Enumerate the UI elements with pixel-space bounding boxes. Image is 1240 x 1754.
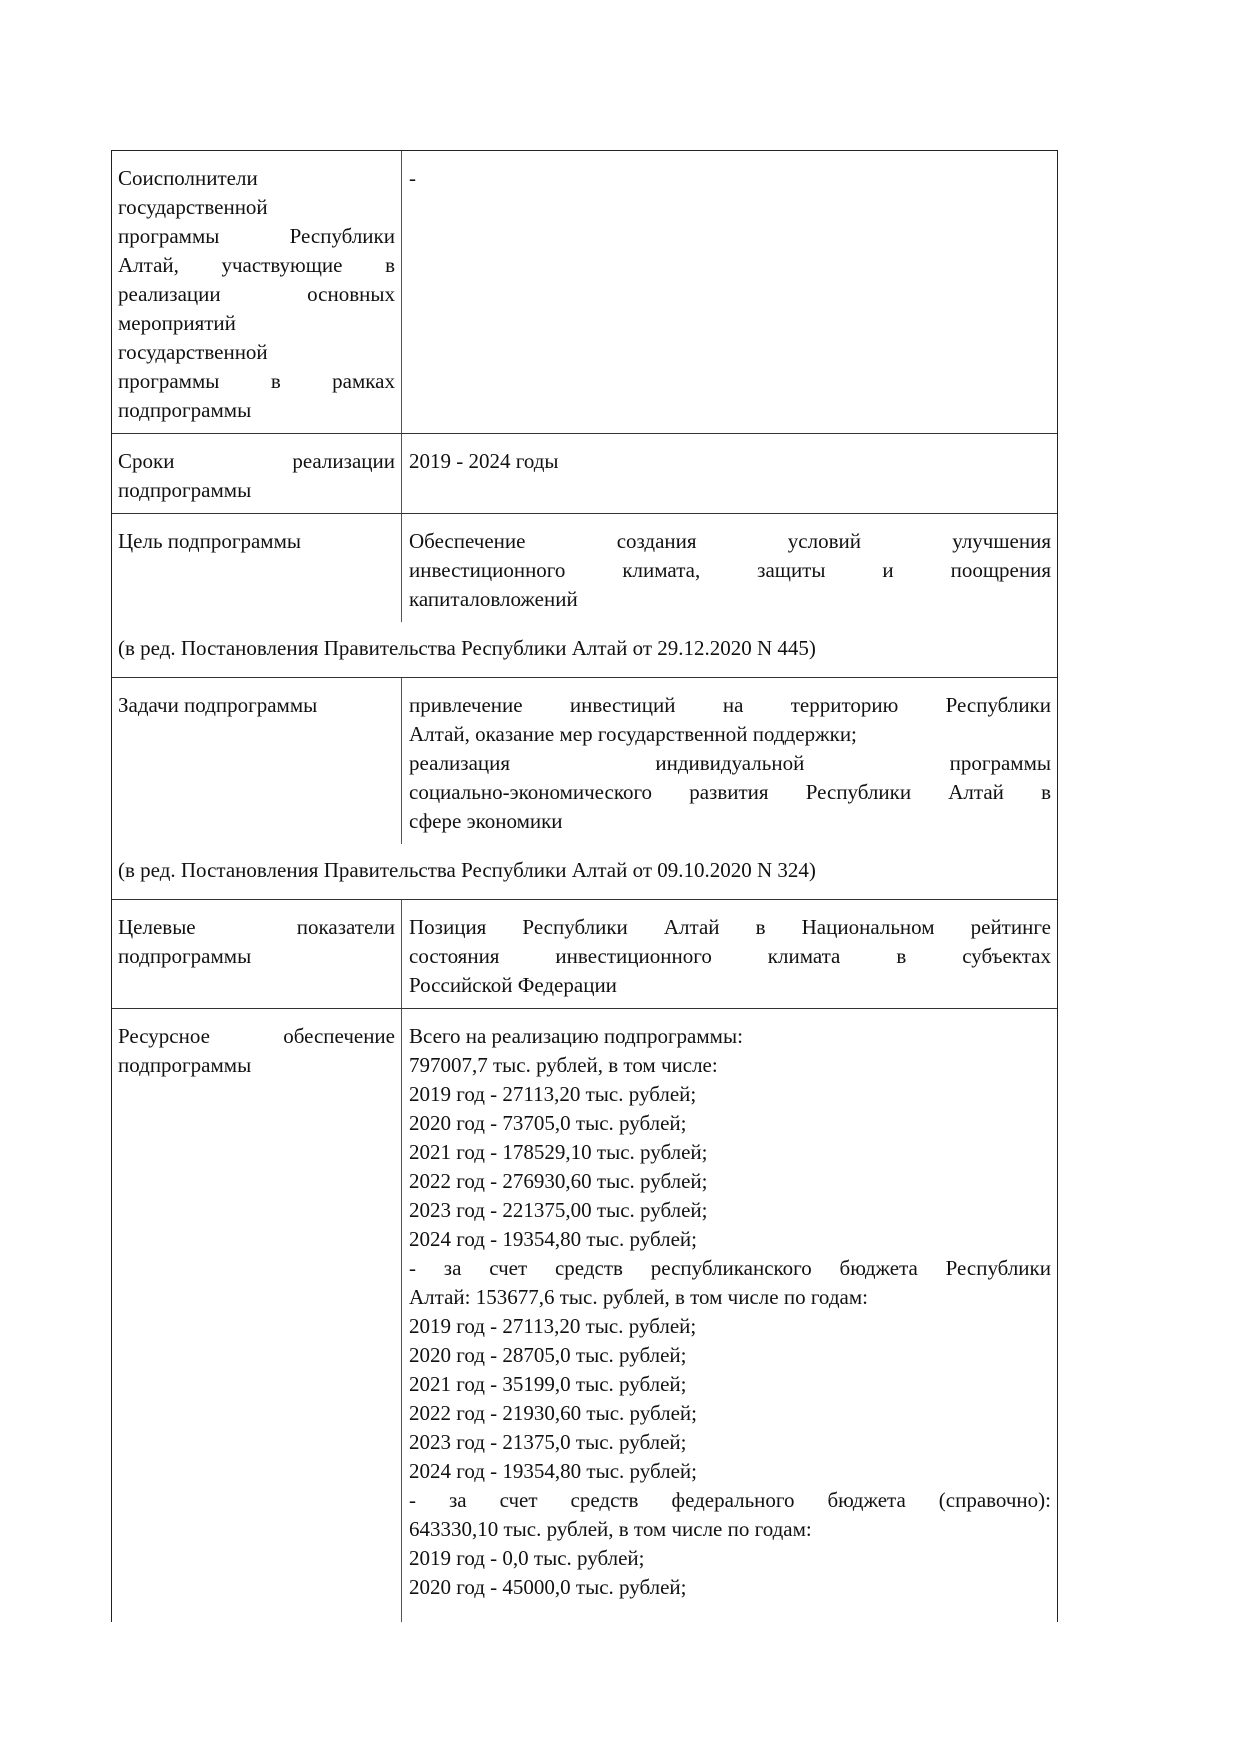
value-line: состояния инвестиционного климата в субъ… [409,942,1051,971]
value-line: Позиция Республики Алтай в Национальном … [409,913,1051,942]
value-line: 2019 год - 0,0 тыс. рублей; [409,1544,1051,1573]
table-row-goal: Цель подпрограммы Обеспечение создания у… [112,514,1057,622]
value-line: сфере экономики [409,807,1051,836]
value-line: инвестиционного климата, защиты и поощре… [409,556,1051,585]
value-line: 2023 год - 221375,00 тыс. рублей; [409,1196,1051,1225]
label-line: подпрограммы [118,476,395,505]
value-line: Всего на реализацию подпрограммы: [409,1022,1051,1051]
value-line: 2023 год - 21375,0 тыс. рублей; [409,1428,1051,1457]
row-value: - [402,151,1057,433]
value-line: - за счет средств федерального бюджета (… [409,1486,1051,1515]
label-line: Целевые показатели [118,913,395,942]
amendment-note: (в ред. Постановления Правительства Респ… [112,844,1057,900]
value-line: 2022 год - 276930,60 тыс. рублей; [409,1167,1051,1196]
value-line: 2019 - 2024 годы [409,447,1051,476]
label-line: реализации основных [118,280,395,309]
table-row-resources: Ресурсное обеспечение подпрограммы Всего… [112,1009,1057,1622]
table-row-terms: Сроки реализации подпрограммы 2019 - 202… [112,434,1057,514]
value-line: Обеспечение создания условий улучшения [409,527,1051,556]
value-line: реализация индивидуальной программы [409,749,1051,778]
label-line: Задачи подпрограммы [118,691,395,720]
value-line: капиталовложений [409,585,1051,614]
label-line: подпрограммы [118,1051,395,1080]
document-page: Соисполнители государственной программы … [0,0,1240,1754]
value-line: 2020 год - 73705,0 тыс. рублей; [409,1109,1051,1138]
label-line: Сроки реализации [118,447,395,476]
table-row-tasks: Задачи подпрограммы привлечение инвестиц… [112,678,1057,844]
value-line: 2019 год - 27113,20 тыс. рублей; [409,1080,1051,1109]
amendment-note: (в ред. Постановления Правительства Респ… [112,622,1057,678]
value-line: 2021 год - 178529,10 тыс. рублей; [409,1138,1051,1167]
label-line: Ресурсное обеспечение [118,1022,395,1051]
value-line: Алтай, оказание мер государственной подд… [409,720,1051,749]
row-label: Задачи подпрограммы [112,678,402,844]
value-line: Российской Федерации [409,971,1051,1000]
value-line: - за счет средств республиканского бюдже… [409,1254,1051,1283]
label-line: подпрограммы [118,942,395,971]
row-label: Целевые показатели подпрограммы [112,900,402,1008]
row-value: Обеспечение создания условий улучшения и… [402,514,1057,622]
value-line: 2022 год - 21930,60 тыс. рублей; [409,1399,1051,1428]
value-line: социально-экономического развития Респуб… [409,778,1051,807]
value-line: 2024 год - 19354,80 тыс. рублей; [409,1225,1051,1254]
label-line: государственной [118,193,395,222]
row-label: Соисполнители государственной программы … [112,151,402,433]
value-line: привлечение инвестиций на территорию Рес… [409,691,1051,720]
row-value: привлечение инвестиций на территорию Рес… [402,678,1057,844]
row-label: Цель подпрограммы [112,514,402,622]
label-line: государственной [118,338,395,367]
value-line: 2020 год - 28705,0 тыс. рублей; [409,1341,1051,1370]
label-line: программы Республики [118,222,395,251]
row-value: Всего на реализацию подпрограммы: 797007… [402,1009,1057,1622]
row-label: Сроки реализации подпрограммы [112,434,402,513]
value-line: 2019 год - 27113,20 тыс. рублей; [409,1312,1051,1341]
value-line: - [409,164,1051,193]
row-label: Ресурсное обеспечение подпрограммы [112,1009,402,1622]
table-row-indicators: Целевые показатели подпрограммы Позиция … [112,900,1057,1009]
row-value: Позиция Республики Алтай в Национальном … [402,900,1057,1008]
value-line: 2021 год - 35199,0 тыс. рублей; [409,1370,1051,1399]
value-line: 2020 год - 45000,0 тыс. рублей; [409,1573,1051,1602]
value-line: Алтай: 153677,6 тыс. рублей, в том числе… [409,1283,1051,1312]
row-value: 2019 - 2024 годы [402,434,1057,513]
label-line: Алтай, участвующие в [118,251,395,280]
label-line: Цель подпрограммы [118,527,395,556]
label-line: мероприятий [118,309,395,338]
value-line: 2024 год - 19354,80 тыс. рублей; [409,1457,1051,1486]
value-line: 797007,7 тыс. рублей, в том числе: [409,1051,1051,1080]
subprogram-passport-table: Соисполнители государственной программы … [111,150,1058,1622]
table-row-co-executors: Соисполнители государственной программы … [112,151,1057,434]
value-line: 643330,10 тыс. рублей, в том числе по го… [409,1515,1051,1544]
label-line: программы в рамках [118,367,395,396]
label-line: подпрограммы [118,396,395,425]
label-line: Соисполнители [118,164,395,193]
